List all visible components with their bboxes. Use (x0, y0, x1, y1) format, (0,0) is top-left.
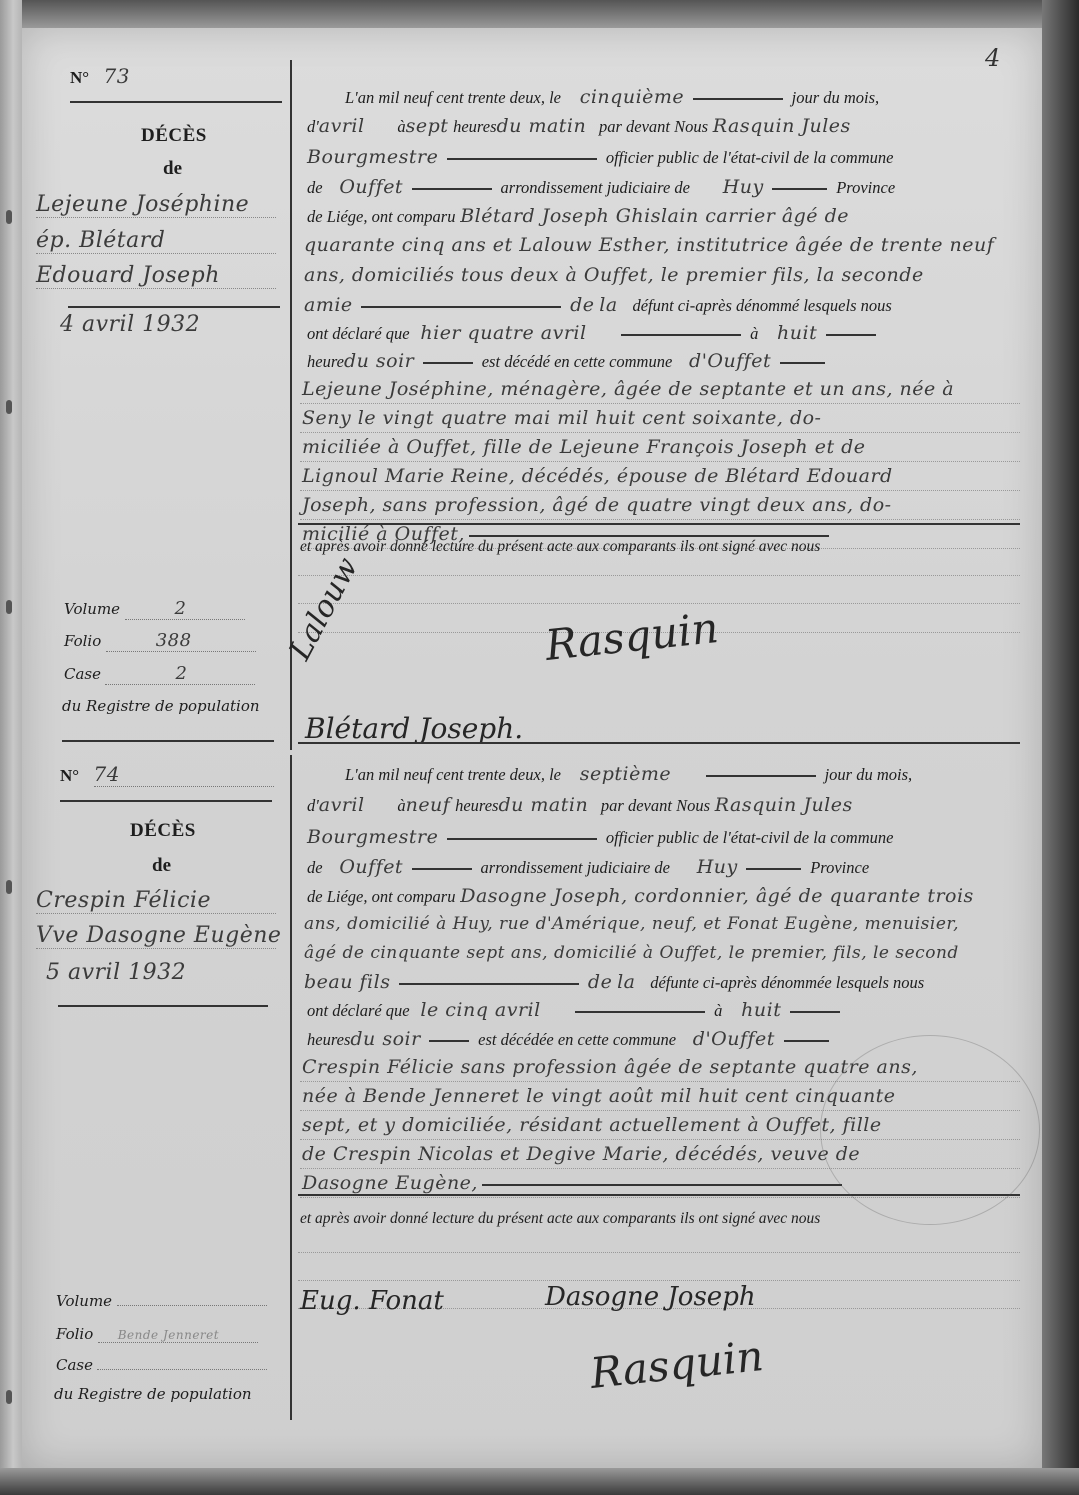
death-hour: huit (777, 322, 817, 344)
act-line-6: ans, domicilié à Huy, rue d'Amérique, ne… (300, 914, 1020, 944)
fill-rule (826, 334, 876, 336)
register-case: Case (56, 1356, 267, 1375)
death-day: le cinq avril (420, 999, 540, 1021)
folio-value: 388 (106, 630, 256, 652)
printed-text: ont déclaré que (307, 324, 410, 343)
register-folio: Folio 388 (64, 630, 256, 652)
printed-text: à (750, 324, 758, 343)
fill-rule (693, 98, 783, 100)
case-label: Case (64, 665, 101, 683)
closing-line: et après avoir donné lecture du présent … (300, 536, 1020, 566)
act-line-3: Bourgmestre officier public de l'état-ci… (300, 826, 1020, 856)
handwritten-text: miciliée à Ouffet, fille de Lejeune Fran… (302, 436, 866, 458)
case-label: Case (56, 1356, 93, 1374)
act-line-6: quarante cinq ans et Lalouw Esther, inst… (300, 234, 1020, 264)
signature-line (298, 1280, 1020, 1281)
printed-text: jour du mois, (792, 88, 880, 107)
officer-title: Bourgmestre (307, 826, 438, 848)
printed-text: Province (810, 858, 869, 877)
act-line-2: d'avril àneuf heuresdu matin par devant … (300, 794, 1020, 824)
deceased-details-line: miciliée à Ouffet, fille de Lejeune Fran… (300, 436, 1020, 466)
printed-text: défunte ci-après dénommée lesquels nous (650, 973, 924, 992)
fill-rule (412, 868, 472, 870)
ruled-line (300, 432, 1020, 433)
binding-stitch (6, 880, 12, 894)
comparants-text: Dasogne Joseph, cordonnier, âgé de quara… (460, 885, 974, 907)
handwritten-text: sept, et y domiciliée, résidant actuelle… (302, 1114, 882, 1136)
death-place: d'Ouffet (693, 1028, 775, 1050)
fill-rule (790, 1011, 840, 1013)
register-footer-label: du Registre de population (54, 1385, 252, 1403)
act-line-1: L'an mil neuf cent trente deux, le cinqu… (300, 86, 1020, 116)
fill-rule (706, 775, 816, 777)
officer-name: Rasquin Jules (713, 115, 851, 137)
ruled-line (300, 403, 1020, 404)
act-line-10: heuredu soir est décédé en cette commune… (300, 350, 1020, 380)
handwritten-text: Joseph, sans profession, âgé de quatre v… (302, 494, 892, 516)
closing-text: et après avoir donné lecture du présent … (300, 538, 820, 555)
register-folio: Folio Bende Jenneret (56, 1325, 258, 1344)
folio-value: Bende Jenneret (98, 1328, 258, 1343)
page-right-edge (1042, 0, 1079, 1495)
printed-text: heures (453, 117, 496, 136)
arrondissement: Huy (697, 856, 738, 878)
divider-rule (62, 740, 274, 742)
handwritten-text: Crespin Félicie sans profession âgée de … (302, 1056, 918, 1078)
hour: neuf (406, 794, 451, 816)
comparants-text: ans, domiciliés tous deux à Ouffet, le p… (304, 264, 924, 286)
relation: beau fils (304, 971, 390, 993)
printed-text: par devant Nous (601, 796, 710, 815)
number-label: N° (60, 766, 79, 785)
register-volume: Volume 2 (64, 598, 245, 620)
signature-witness: Eug. Fonat (300, 1286, 444, 1316)
printed-text: arrondissement judiciaire de (501, 178, 690, 197)
deces-de: de (152, 855, 171, 877)
divider-rule (58, 1005, 268, 1007)
printed-text: par devant Nous (599, 117, 708, 136)
month: avril (319, 794, 365, 816)
number-label: N° (70, 68, 89, 87)
deceased-name-line: Vve Dasogne Eugène (36, 923, 276, 949)
fill-rule (621, 334, 741, 336)
binding-stitch (6, 1390, 12, 1404)
printed-text: L'an mil neuf cent trente deux, le (345, 88, 561, 107)
printed-text: heures (455, 796, 498, 815)
act-line-8: beau fils de la défunte ci-après dénommé… (300, 971, 1020, 1001)
deceased-details-line: Lejeune Joséphine, ménagère, âgée de sep… (300, 378, 1020, 408)
fill-rule (780, 362, 825, 364)
printed-text: défunt ci-après dénommé lesquels nous (632, 296, 891, 315)
divider-rule (70, 101, 282, 103)
time-of-day: du matin (498, 794, 588, 816)
printed-text: arrondissement judiciaire de (481, 858, 670, 877)
handwritten-text: de Crespin Nicolas et Degive Marie, décé… (302, 1143, 860, 1165)
volume-value (117, 1305, 267, 1306)
binding-stitch (6, 210, 12, 224)
death-day: hier quatre avril (420, 322, 586, 344)
commune: Ouffet (339, 856, 403, 878)
printed-text: L'an mil neuf cent trente deux, le (345, 765, 561, 784)
deceased-name-line: ép. Blétard (36, 228, 276, 254)
page-bottom-edge (0, 1468, 1079, 1495)
fill-rule (399, 983, 579, 985)
printed-text: de Liége, ont comparu (307, 207, 455, 226)
officer-title: Bourgmestre (307, 146, 438, 168)
act-line-1: L'an mil neuf cent trente deux, le septi… (300, 763, 1020, 793)
fill-rule (412, 188, 492, 190)
printed-text: ont déclaré que (307, 1001, 410, 1020)
deceased-details-line: Seny le vingt quatre mai mil huit cent s… (300, 407, 1020, 437)
page-top-edge (0, 0, 1079, 28)
deceased-details-line: Lignoul Marie Reine, décédés, épouse de … (300, 465, 1020, 495)
fill-rule (482, 1184, 842, 1186)
act-line-2: d'avril àsept heuresdu matin par devant … (300, 115, 1020, 145)
divider-rule (60, 800, 272, 802)
register-footer-label: du Registre de population (62, 697, 260, 715)
act-line-8: amie de la défunt ci-après dénommé lesqu… (300, 294, 1020, 324)
death-time-of-day: du soir (344, 350, 414, 372)
printed-text: jour du mois, (825, 765, 913, 784)
binding-stitch (6, 400, 12, 414)
record-end-rule (298, 742, 1020, 744)
fill-rule (423, 362, 473, 364)
deceased-name-line: Lejeune Joséphine (36, 192, 276, 218)
signature-line (298, 603, 1020, 604)
arrondissement: Huy (723, 176, 764, 198)
act-line-7: âgé de cinquante sept ans, domicilié à O… (300, 943, 1020, 973)
act-line-9: ont déclaré que le cinq avril à huit (300, 999, 1020, 1029)
number-value: 73 (104, 64, 130, 88)
fill-rule (447, 158, 597, 160)
act-line-9: ont déclaré que hier quatre avril à huit (300, 322, 1020, 352)
book-binding (0, 0, 22, 1495)
comparants-text: ans, domicilié à Huy, rue d'Amérique, ne… (304, 914, 959, 934)
closing-text: et après avoir donné lecture du présent … (300, 1210, 820, 1227)
fill-rule (746, 868, 801, 870)
record-number: N° 74 (60, 762, 274, 787)
column-divider (290, 755, 292, 1420)
printed-text: de (570, 294, 594, 316)
volume-label: Volume (56, 1292, 112, 1310)
act-line-5: de Liége, ont comparu Blétard Joseph Ghi… (300, 205, 1020, 235)
printed-text: à (397, 796, 405, 815)
day-ordinal: septième (580, 763, 671, 785)
printed-text: heures (307, 1030, 350, 1049)
commune: Ouffet (339, 176, 403, 198)
signature-line (298, 1252, 1020, 1253)
fill-rule (772, 188, 827, 190)
case-value (97, 1369, 267, 1370)
ruled-line (300, 461, 1020, 462)
ruled-line (300, 490, 1020, 491)
printed-text: de Liége, ont comparu (307, 887, 455, 906)
handwritten-text: Dasogne Eugène, (302, 1172, 478, 1194)
volume-label: Volume (64, 600, 120, 618)
binding-stitch (6, 600, 12, 614)
printed-text: heure (307, 352, 344, 371)
printed-text: est décédé en cette commune (482, 352, 673, 371)
deceased-name-line: Edouard Joseph (36, 263, 276, 289)
printed-text: de (588, 971, 612, 993)
deces-heading: DÉCÈS (141, 125, 207, 147)
closing-rule (298, 523, 1020, 525)
handwritten-text: Lignoul Marie Reine, décédés, épouse de … (302, 465, 893, 487)
officer-name: Rasquin Jules (715, 794, 853, 816)
article: la (617, 971, 635, 993)
deces-de: de (163, 158, 182, 180)
printed-text: d' (307, 117, 319, 136)
fill-rule (429, 1040, 469, 1042)
comparants-text: âgé de cinquante sept ans, domicilié à O… (304, 943, 959, 963)
divider-rule (68, 306, 280, 308)
act-line-4: de Ouffet arrondissement judiciaire de H… (300, 856, 1020, 886)
printed-text: officier public de l'état-civil de la co… (606, 828, 894, 847)
death-date-margin: 4 avril 1932 (60, 312, 200, 337)
act-line-7: ans, domiciliés tous deux à Ouffet, le p… (300, 264, 1020, 294)
deces-heading: DÉCÈS (130, 820, 196, 842)
printed-text: d' (307, 796, 319, 815)
printed-text: à (714, 1001, 722, 1020)
deceased-name-line: Crespin Félicie (36, 888, 276, 914)
handwritten-text: Lejeune Joséphine, ménagère, âgée de sep… (302, 378, 954, 400)
register-volume: Volume (56, 1292, 267, 1311)
time-of-day: du matin (497, 115, 587, 137)
printed-text: de (307, 858, 323, 877)
signature-line (298, 575, 1020, 576)
printed-text: Province (836, 178, 895, 197)
case-value: 2 (105, 663, 255, 685)
act-line-3: Bourgmestre officier public de l'état-ci… (300, 146, 1020, 176)
register-case: Case 2 (64, 663, 255, 685)
handwritten-text: Seny le vingt quatre mai mil huit cent s… (302, 407, 821, 429)
volume-value: 2 (125, 598, 245, 620)
official-stamp (820, 1035, 1040, 1225)
act-line-4: de Ouffet arrondissement judiciaire de H… (300, 176, 1020, 206)
folio-label: Folio (56, 1325, 93, 1343)
signature-declarant: Dasogne Joseph (545, 1282, 756, 1312)
article: la (599, 294, 617, 316)
page-number-mark: 4 (985, 44, 1000, 72)
fill-rule (361, 306, 561, 308)
day-ordinal: cinquième (580, 86, 684, 108)
relation: amie (304, 294, 353, 316)
comparants-text: Blétard Joseph Ghislain carrier âgé de (460, 205, 849, 227)
fill-rule (447, 838, 597, 840)
death-hour: huit (741, 999, 781, 1021)
month: avril (319, 115, 365, 137)
printed-text: à (397, 117, 405, 136)
death-place: d'Ouffet (689, 350, 771, 372)
deceased-details-line: Joseph, sans profession, âgé de quatre v… (300, 494, 1020, 524)
death-time-of-day: du soir (350, 1028, 420, 1050)
act-line-5: de Liége, ont comparu Dasogne Joseph, co… (300, 885, 1020, 915)
fill-rule (575, 1011, 705, 1013)
number-value: 74 (94, 762, 274, 787)
signature-declarant: Blétard Joseph. (305, 712, 523, 745)
fill-rule (784, 1040, 829, 1042)
hour: sept (406, 115, 449, 137)
death-date-margin: 5 avril 1932 (46, 960, 186, 985)
printed-text: de (307, 178, 323, 197)
handwritten-text: née à Bende Jenneret le vingt août mil h… (302, 1085, 896, 1107)
comparants-text: quarante cinq ans et Lalouw Esther, inst… (304, 234, 994, 256)
printed-text: officier public de l'état-civil de la co… (606, 148, 894, 167)
printed-text: est décédée en cette commune (478, 1030, 676, 1049)
record-number: N° 73 (70, 64, 130, 88)
ruled-line (300, 519, 1020, 520)
folio-label: Folio (64, 632, 101, 650)
